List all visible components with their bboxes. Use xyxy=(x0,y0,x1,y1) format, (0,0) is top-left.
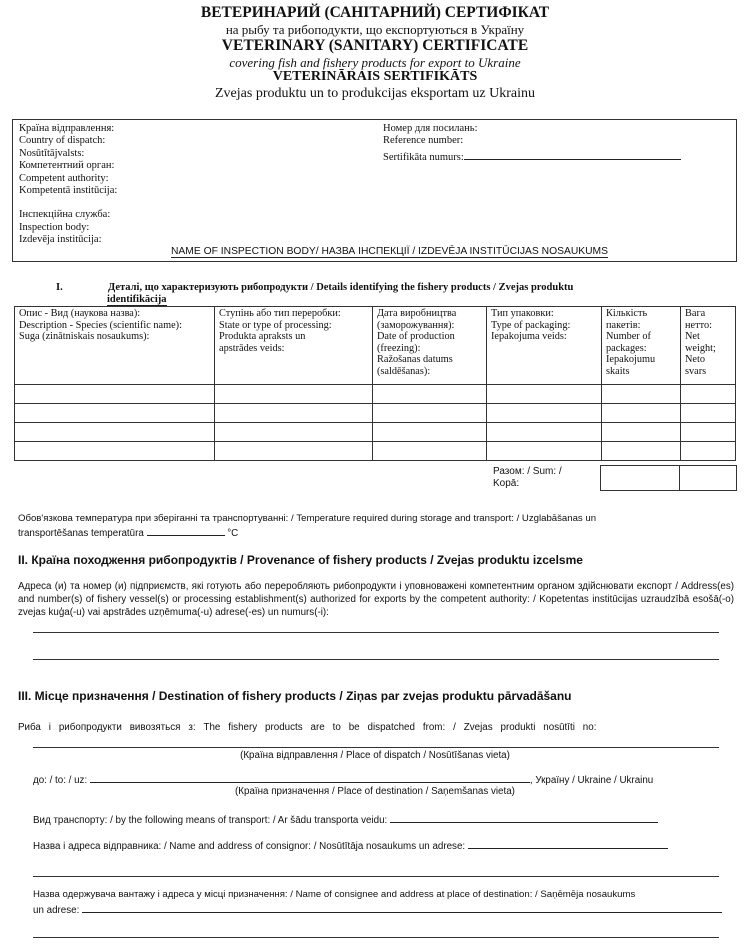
competent-authority-label-lv: Kompetentā institūcija: xyxy=(19,185,117,197)
table-cell[interactable] xyxy=(487,423,602,442)
table-cell[interactable] xyxy=(602,385,681,404)
table-cell[interactable] xyxy=(15,385,215,404)
table-cell[interactable] xyxy=(487,404,602,423)
consignee-field[interactable] xyxy=(82,902,722,913)
table-cell[interactable] xyxy=(373,404,487,423)
temperature-text: Обов'язкова температура при зберіганні т… xyxy=(18,512,734,540)
table-cell[interactable] xyxy=(15,404,215,423)
consignment-info-box: Країна відправлення: Country of dispatch… xyxy=(12,119,737,262)
table-cell[interactable] xyxy=(602,423,681,442)
country-dispatch-label-uk: Країна відправлення: xyxy=(19,123,117,135)
table-cell[interactable] xyxy=(215,404,373,423)
consignee-row: un adrese: xyxy=(33,902,722,916)
table-cell[interactable] xyxy=(373,385,487,404)
country-dispatch-label-lv: Nosūtītājvalsts: xyxy=(19,148,117,160)
consignor-label: Назва і адреса відправника: / Name and a… xyxy=(33,841,465,852)
destination-caption: (Країна призначення / Place of destinati… xyxy=(0,786,750,797)
subtitle-en: covering fish and fishery products for e… xyxy=(0,56,750,69)
table-row xyxy=(15,442,736,461)
table-cell[interactable] xyxy=(602,404,681,423)
sum-weight-field[interactable] xyxy=(679,465,737,491)
fishery-products-table: Опис - Вид (наукова назва):Description -… xyxy=(14,306,736,461)
table-header-row: Опис - Вид (наукова назва):Description -… xyxy=(15,307,736,385)
section1-number: I. xyxy=(56,282,63,293)
title-en: VETERINARY (SANITARY) CERTIFICATE xyxy=(0,38,750,54)
section3-title: III. Місце призначення / Destination of … xyxy=(18,689,572,703)
title-lv: VETERINĀRAIS SERTIFIKĀTS xyxy=(0,70,750,84)
reference-label-lv: Sertifikāta numurs: xyxy=(383,152,464,163)
table-cell[interactable] xyxy=(681,442,736,461)
consignee-label-cont: un adrese: xyxy=(33,905,79,916)
temperature-field[interactable] xyxy=(147,525,225,536)
consignor-field[interactable] xyxy=(468,838,668,849)
table-cell[interactable] xyxy=(15,442,215,461)
celsius-unit: °C xyxy=(227,528,238,539)
dispatch-field[interactable] xyxy=(33,747,719,748)
section2-title: II. Країна походження рибопродуктів / Pr… xyxy=(18,553,583,567)
inspection-body-label-en: Inspection body: xyxy=(19,222,117,234)
transport-row: Вид транспорту: / by the following means… xyxy=(33,812,658,826)
dispatch-text: Риба і рибопродукти вивозяться з: The fi… xyxy=(18,721,734,734)
establishment-line-1[interactable] xyxy=(33,632,719,633)
consignor-row: Назва і адреса відправника: / Name and a… xyxy=(33,838,668,852)
column-header-1: Опис - Вид (наукова назва):Description -… xyxy=(15,307,215,385)
competent-authority-label-uk: Компетентний орган: xyxy=(19,160,117,172)
consignee-label: Назва одержувача вантажу і адреса у місц… xyxy=(33,889,635,900)
reference-labels: Номер для посилань: Reference number: Se… xyxy=(383,123,681,164)
inspection-body-caption[interactable]: NAME OF INSPECTION BODY/ НАЗВА ІНСПЕКЦІЇ… xyxy=(171,246,608,258)
table-cell[interactable] xyxy=(681,404,736,423)
table-row xyxy=(15,385,736,404)
column-header-3: Дата виробництва(заморожування):Date of … xyxy=(373,307,487,385)
inspection-body-label-lv: Izdevēja institūcija: xyxy=(19,234,117,246)
subtitle-uk: на рыбу та рибоподукти, що експортуються… xyxy=(0,23,750,36)
column-header-5: Кількістьпакетів:Number ofpackages:Iepak… xyxy=(602,307,681,385)
to-suffix: , Україну / Ukraine / Ukrainu xyxy=(530,775,653,786)
table-cell[interactable] xyxy=(215,385,373,404)
table-cell[interactable] xyxy=(215,423,373,442)
sum-packages-field[interactable] xyxy=(600,465,680,491)
reference-number-field[interactable] xyxy=(464,148,681,160)
competent-authority-label-en: Competent authority: xyxy=(19,173,117,185)
table-row xyxy=(15,404,736,423)
table-cell[interactable] xyxy=(373,423,487,442)
table-cell[interactable] xyxy=(681,423,736,442)
to-label: до: / to: / uz: xyxy=(33,775,87,786)
title-uk: ВЕТЕРИНАРИЙ (САНІТАРНИЙ) СЕРТИФІКАТ xyxy=(0,5,750,21)
column-header-6: Ваганетто:Netweight;Netosvars xyxy=(681,307,736,385)
column-header-4: Тип упаковки:Type of packaging:Iepakojum… xyxy=(487,307,602,385)
table-cell[interactable] xyxy=(681,385,736,404)
table-cell[interactable] xyxy=(215,442,373,461)
table-cell[interactable] xyxy=(487,442,602,461)
table-cell[interactable] xyxy=(487,385,602,404)
country-dispatch-label-en: Country of dispatch: xyxy=(19,135,117,147)
dispatch-caption: (Країна відправлення / Place of dispatch… xyxy=(0,750,750,761)
section2-text: Адреса (и) та номер (и) підприємств, які… xyxy=(18,580,734,619)
table-cell[interactable] xyxy=(373,442,487,461)
table-row xyxy=(15,423,736,442)
country-dispatch-labels: Країна відправлення: Country of dispatch… xyxy=(19,123,117,247)
reference-label-en: Reference number: xyxy=(383,135,681,147)
section1-title: Деталі, що характеризують рибопродукти /… xyxy=(108,282,728,306)
destination-row: до: / to: / uz: , Україну / Ukraine / Uk… xyxy=(33,772,653,786)
reference-label-uk: Номер для посилань: xyxy=(383,123,681,135)
subtitle-lv: Zvejas produktu un to produkcijas ekspor… xyxy=(0,87,750,101)
consignee-line-2[interactable] xyxy=(33,937,719,938)
transport-label: Вид транспорту: / by the following means… xyxy=(33,815,387,826)
consignor-line-2[interactable] xyxy=(33,876,719,877)
column-header-2: Ступінь або тип переробки:State or type … xyxy=(215,307,373,385)
table-cell[interactable] xyxy=(15,423,215,442)
establishment-line-2[interactable] xyxy=(33,659,719,660)
table-cell[interactable] xyxy=(602,442,681,461)
sum-label: Разом: / Sum: / Kopā: xyxy=(493,466,562,490)
inspection-body-label-uk: Інспекційна служба: xyxy=(19,209,117,221)
transport-field[interactable] xyxy=(390,812,658,823)
destination-field[interactable] xyxy=(90,772,530,783)
